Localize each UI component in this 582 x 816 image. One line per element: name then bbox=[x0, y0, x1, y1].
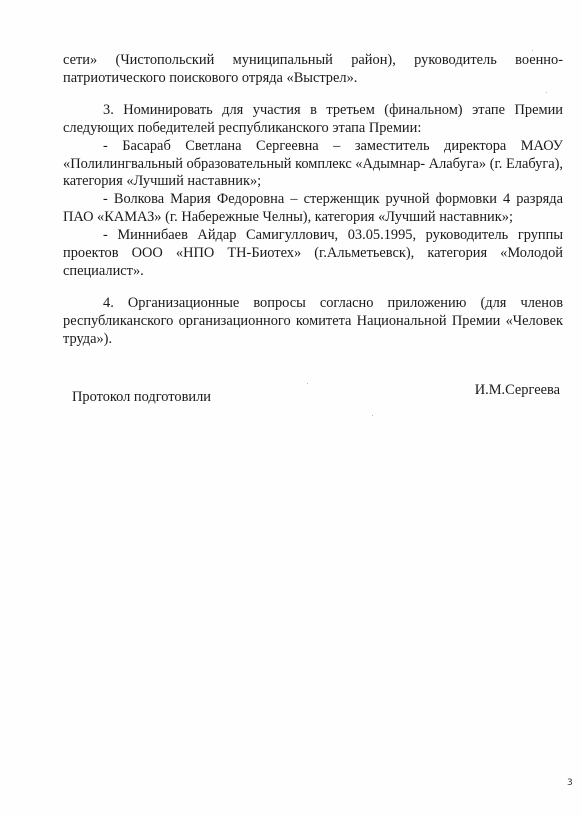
paragraph-continuation: сети» (Чистопольский муниципальный район… bbox=[63, 52, 563, 88]
signature-label: Протокол подготовили bbox=[72, 389, 211, 406]
signature-name: И.М.Сергеева bbox=[475, 382, 560, 399]
paragraph-spacer bbox=[63, 281, 563, 295]
scan-speck bbox=[307, 383, 308, 384]
paragraph-nominee-1: - Басараб Светлана Сергеевна – заместите… bbox=[63, 138, 563, 192]
document-body: сети» (Чистопольский муниципальный район… bbox=[63, 52, 563, 349]
document-page: сети» (Чистопольский муниципальный район… bbox=[0, 0, 582, 816]
scan-speck bbox=[372, 415, 373, 416]
paragraph-item-4: 4. Организационные вопросы согласно прил… bbox=[63, 295, 563, 349]
paragraph-item-3: 3. Номинировать для участия в третьем (ф… bbox=[63, 102, 563, 138]
paragraph-nominee-3: - Миннибаев Айдар Самигуллович, 03.05.19… bbox=[63, 227, 563, 281]
paragraph-spacer bbox=[63, 88, 563, 102]
scan-speck bbox=[546, 92, 547, 93]
scan-speck bbox=[532, 50, 533, 51]
page-number: 3 bbox=[567, 778, 573, 788]
paragraph-nominee-2: - Волкова Мария Федоровна – стерженщик р… bbox=[63, 191, 563, 227]
signature-block: Протокол подготовили И.М.Сергеева bbox=[72, 382, 562, 406]
